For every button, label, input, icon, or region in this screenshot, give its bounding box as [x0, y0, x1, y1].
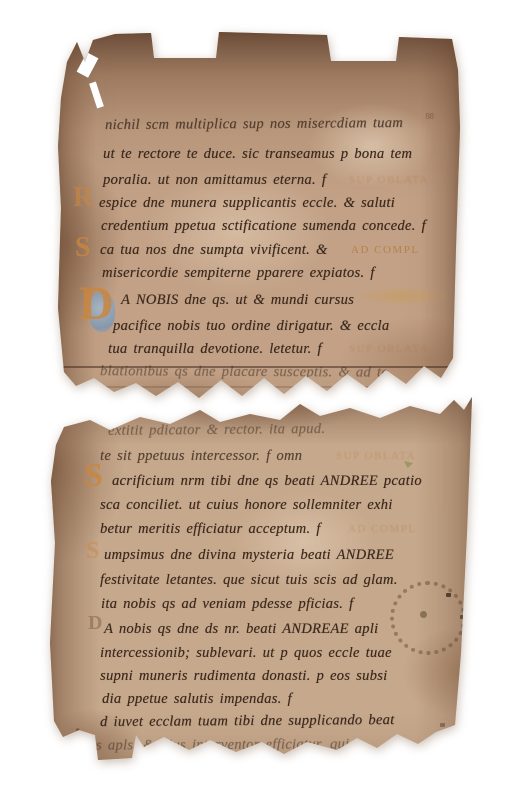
text-line: espice dne munera supplicantis eccle. & … — [99, 195, 395, 212]
manuscript-photo: 88 nichil scm multiplica sup nos misercd… — [0, 0, 510, 806]
text-line: supni muneris rudimenta donasti. p eos s… — [100, 668, 387, 685]
text-line: misericordie sempiterne pparere expiatos… — [102, 265, 375, 282]
text-line: s apls. & pius interventor efficiatur. q… — [96, 736, 349, 755]
initial-letter-s: S — [84, 459, 103, 493]
text-line: festivitate letantes. que sicut tuis sci… — [100, 572, 398, 589]
text-line: A NOBIS dne qs. ut & mundi cursus — [121, 292, 354, 309]
text-line: te sit ppetuus intercessor. f omn — [100, 448, 302, 465]
text-line: credentium ppetua sctificatione sumenda … — [101, 218, 426, 235]
text-line: intercessionib; sublevari. ut p quos ecc… — [100, 645, 392, 662]
rubric-heading: SUP OBLATA — [349, 343, 429, 355]
ink-specks — [446, 593, 451, 597]
text-line: blationibus qs dne placare susceptis. & … — [100, 363, 388, 382]
text-line: poralia. ut non amittamus eterna. f — [103, 172, 326, 189]
upper-parchment-surface: 88 nichil scm multiplica sup nos misercd… — [55, 28, 461, 420]
rubric-heading: SUP OBLATA — [336, 450, 416, 462]
initial-letter-a: A — [72, 727, 84, 743]
text-line: A nobis qs dne ds nr. beati ANDREAE apli — [104, 621, 378, 638]
circular-show-through-stain — [390, 581, 466, 655]
text-line: ut te rectore te duce. sic transeamus p … — [103, 146, 412, 163]
text-line: umpsimus dne divina mysteria beati ANDRE… — [104, 547, 394, 564]
text-line: ca tua nos dne sumpta vivificent. & — [100, 242, 327, 259]
initial-letter-s: S — [86, 539, 99, 563]
initial-letter-d: D — [88, 613, 102, 633]
text-line: nichil scm multiplica sup nos misercdiam… — [105, 115, 403, 134]
text-line: dia ppetue salutis impendas. f — [102, 691, 292, 708]
tear-hole — [89, 82, 104, 109]
text-line: betur meritis efficiatur acceptum. f — [100, 521, 321, 538]
text-line: sca conciliet. ut cuius honore sollemnit… — [100, 497, 393, 514]
lower-parchment-fragment: extitit pdicator & rector. ita apud. te … — [48, 393, 474, 765]
text-line: pacifice nobis tuo ordine dirigatur. & e… — [113, 318, 389, 335]
initial-letter-s: S — [75, 234, 91, 262]
circular-stain-center-dot — [420, 611, 427, 618]
tear-hole — [77, 52, 99, 78]
initial-letter-d: D — [79, 280, 114, 328]
rubric-heading: AD COMPL — [351, 244, 420, 256]
gilt-smudge — [355, 286, 450, 306]
text-line: d iuvet ecclam tuam tibi dne supplicando… — [100, 712, 395, 731]
green-speck — [404, 461, 413, 468]
text-line: extitit pdicator & rector. ita apud. — [108, 421, 325, 440]
lower-parchment-surface: extitit pdicator & rector. ita apud. te … — [48, 393, 474, 765]
quire-mark: 88 — [425, 112, 433, 121]
ruling-line — [85, 386, 415, 388]
text-line: tua tranquilla devotione. letetur. f — [108, 341, 322, 358]
rubric-heading: SUP OBLATA — [349, 174, 429, 186]
text-line: acrificium nrm tibi dne qs beati ANDREE … — [112, 473, 422, 490]
upper-parchment-fragment: 88 nichil scm multiplica sup nos misercd… — [55, 28, 461, 420]
rubric-heading: AD COMPL — [348, 523, 417, 535]
initial-letter-r: R — [73, 184, 93, 212]
text-line: ita nobis qs ad veniam pdesse pficias. f — [101, 596, 353, 613]
